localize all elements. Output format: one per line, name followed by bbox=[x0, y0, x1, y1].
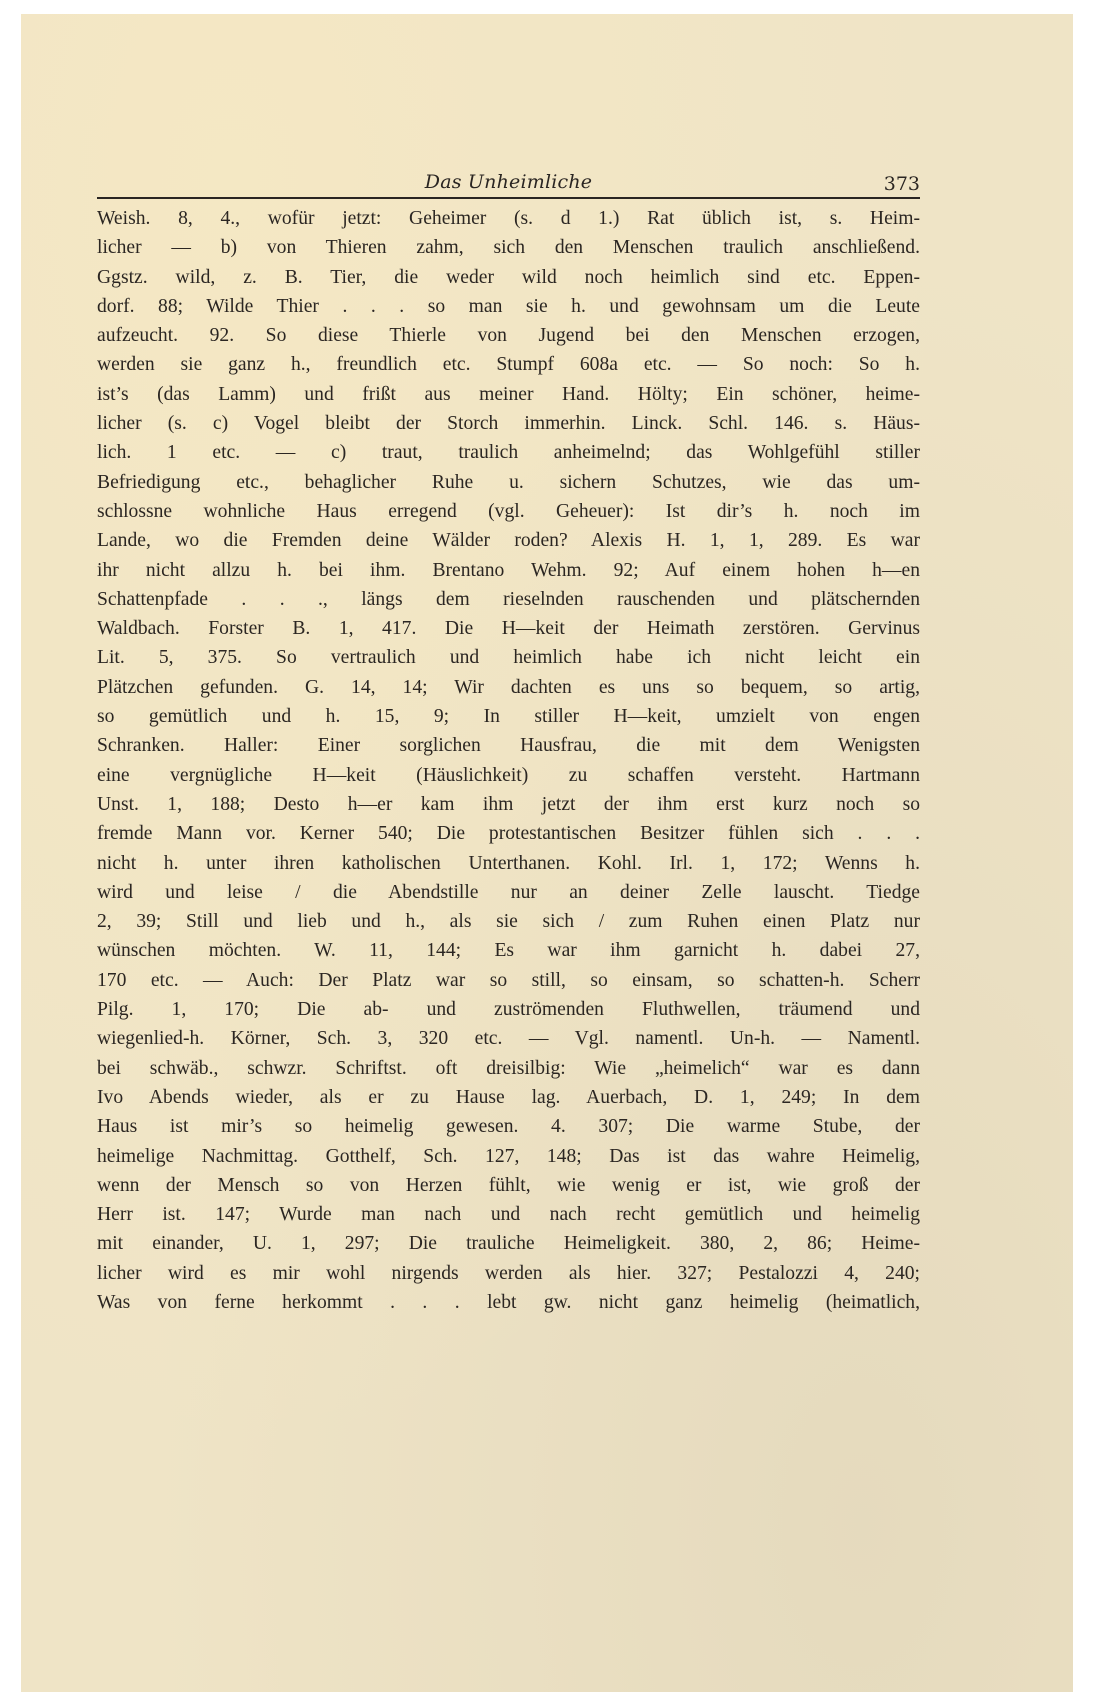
text-line: aufzeucht. 92. So diese Thierle von Juge… bbox=[97, 321, 920, 350]
text-line: ist’s (das Lamm) und frißt aus meiner Ha… bbox=[97, 380, 920, 409]
text-line: ihr nicht allzu h. bei ihm. Brentano Weh… bbox=[97, 556, 920, 585]
text-line: Unst. 1, 188; Desto h—er kam ihm jetzt d… bbox=[97, 790, 920, 819]
text-line: wünschen möchten. W. 11, 144; Es war ihm… bbox=[97, 936, 920, 965]
text-line: so gemütlich und h. 15, 9; In stiller H—… bbox=[97, 702, 920, 731]
text-line: nicht h. unter ihren katholischen Untert… bbox=[97, 849, 920, 878]
text-line: Schranken. Haller: Einer sorglichen Haus… bbox=[97, 731, 920, 760]
text-line: licher (s. c) Vogel bleibt der Storch im… bbox=[97, 409, 920, 438]
text-line: 2, 39; Still und lieb und h., als sie si… bbox=[97, 907, 920, 936]
text-line: Weish. 8, 4., wofür jetzt: Geheimer (s. … bbox=[97, 204, 920, 233]
text-line: Pilg. 1, 170; Die ab- und zuströmenden F… bbox=[97, 995, 920, 1024]
text-line: Lande, wo die Fremden deine Wälder roden… bbox=[97, 526, 920, 555]
text-line: licher — b) von Thieren zahm, sich den M… bbox=[97, 233, 920, 262]
text-line: Plätzchen gefunden. G. 14, 14; Wir dacht… bbox=[97, 673, 920, 702]
running-title: Das Unheimliche bbox=[97, 171, 920, 193]
text-line: werden sie ganz h., freundlich etc. Stum… bbox=[97, 350, 920, 379]
text-line: fremde Mann vor. Kerner 540; Die protest… bbox=[97, 819, 920, 848]
text-line: Ggstz. wild, z. B. Tier, die weder wild … bbox=[97, 263, 920, 292]
text-line: Ivo Abends wieder, als er zu Hause lag. … bbox=[97, 1083, 920, 1112]
text-line: Haus ist mir’s so heimelig gewesen. 4. 3… bbox=[97, 1112, 920, 1141]
page-number: 373 bbox=[884, 173, 920, 195]
text-line: Herr ist. 147; Wurde man nach und nach r… bbox=[97, 1200, 920, 1229]
text-line: Befriedigung etc., behaglicher Ruhe u. s… bbox=[97, 468, 920, 497]
text-line: Waldbach. Forster B. 1, 417. Die H—keit … bbox=[97, 614, 920, 643]
text-line: bei schwäb., schwzr. Schriftst. oft drei… bbox=[97, 1054, 920, 1083]
text-line: lich. 1 etc. — c) traut, traulich anheim… bbox=[97, 438, 920, 467]
text-line: 170 etc. — Auch: Der Platz war so still,… bbox=[97, 966, 920, 995]
text-line: Lit. 5, 375. So vertraulich und heimlich… bbox=[97, 643, 920, 672]
text-line: Schattenpfade . . ., längs dem rieselnde… bbox=[97, 585, 920, 614]
text-line: heimelige Nachmittag. Gotthelf, Sch. 127… bbox=[97, 1142, 920, 1171]
text-line: Was von ferne herkommt . . . lebt gw. ni… bbox=[97, 1288, 920, 1317]
scanned-page: Das Unheimliche 373 Weish. 8, 4., wofür … bbox=[21, 14, 1073, 1692]
text-line: eine vergnügliche H—keit (Häuslichkeit) … bbox=[97, 761, 920, 790]
text-line: wenn der Mensch so von Herzen fühlt, wie… bbox=[97, 1171, 920, 1200]
text-line: mit einander, U. 1, 297; Die trauliche H… bbox=[97, 1229, 920, 1258]
body-text: Weish. 8, 4., wofür jetzt: Geheimer (s. … bbox=[97, 204, 920, 1317]
running-head: Das Unheimliche 373 bbox=[97, 169, 920, 199]
text-line: licher wird es mir wohl nirgends werden … bbox=[97, 1259, 920, 1288]
text-line: wiegenlied-h. Körner, Sch. 3, 320 etc. —… bbox=[97, 1024, 920, 1053]
text-line: dorf. 88; Wilde Thier . . . so man sie h… bbox=[97, 292, 920, 321]
text-line: wird und leise / die Abendstille nur an … bbox=[97, 878, 920, 907]
text-line: schlossne wohnliche Haus erregend (vgl. … bbox=[97, 497, 920, 526]
